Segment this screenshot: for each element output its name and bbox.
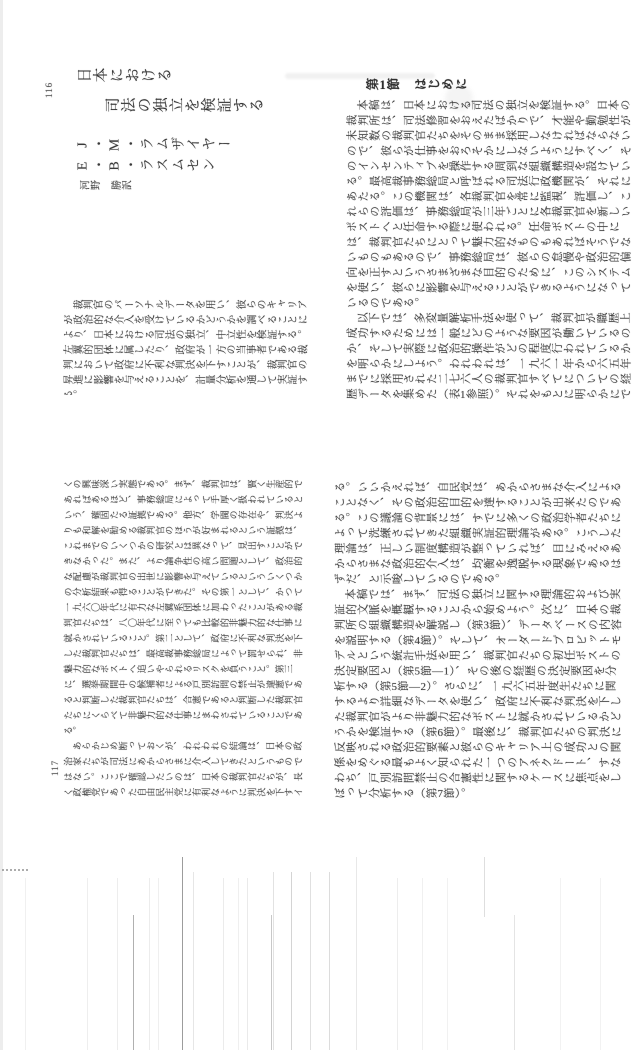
body-paragraph: あらかじめ断っておくが、われわれの結論は、日本の政治家たちが司法にあからさまに介…	[64, 739, 309, 801]
rule-line	[149, 878, 150, 1050]
rule-line	[247, 878, 248, 1050]
rule-line	[291, 872, 292, 1050]
rule-line	[158, 878, 159, 1050]
rule-line	[560, 878, 561, 1050]
author-block: J・M・ラムザイヤー E・B・ラスムセン 河野 勝訳	[76, 132, 236, 199]
rule-line	[223, 878, 224, 1050]
rule-line	[310, 872, 311, 1050]
page-117-lower-body: る。いいかえれば、自民党は、あからさまな介入によることなく、その政治的目的を達す…	[334, 479, 626, 811]
page-116-body: 第1節 はじめに 本稿は、日本における司法の独立を検証する。日本の裁判所は、司法…	[346, 74, 637, 399]
article-title: 日本における 司法の独立を検証する	[71, 56, 296, 130]
author-name-1: J・M・ラムザイヤー	[76, 135, 236, 156]
page-number-117: 117	[50, 752, 64, 776]
rule-line	[133, 915, 134, 1050]
scan-left-edge-shadow	[0, 0, 3, 1050]
rule-line	[484, 857, 485, 917]
scanned-book-spread: 116 日本における 司法の独立を検証する J・M・ラムザイヤー E・B・ラスム…	[0, 0, 638, 1050]
page-number-116: 116	[44, 74, 58, 98]
body-paragraph: る。いいかえれば、自民党は、あからさまな介入によることなく、その政治的目的を達す…	[334, 481, 626, 588]
rule-line	[329, 872, 330, 1050]
body-paragraph: くの興味深い実態である。まず、裁判官は、賢く生産的であればあるほど、事務総局によ…	[64, 478, 309, 740]
rule-line	[600, 878, 601, 1050]
rule-line	[271, 915, 272, 1050]
rule-line	[117, 878, 118, 1050]
rule-line	[25, 878, 26, 1050]
rule-line	[356, 857, 357, 1050]
rule-line	[193, 872, 194, 1050]
translator-name: 河野 勝訳	[80, 177, 236, 198]
abstract-block: 裁判官のパーソナルデータを用い、彼らのキャリアが政治的な介入を受けているかどうか…	[63, 297, 315, 395]
body-paragraph: 以下では、多変量解析手法を使って、裁判官が職歴上成功するためには一般にどのような…	[346, 312, 637, 399]
section-heading: 第1節 はじめに	[366, 77, 637, 93]
scan-artifact-dots	[2, 869, 28, 871]
article-title-line-1: 日本における	[77, 62, 296, 92]
abstract-text: 裁判官のパーソナルデータを用い、彼らのキャリアが政治的な介入を受けているかどうか…	[63, 299, 315, 395]
rule-line	[397, 878, 398, 1050]
article-title-line-2: 司法の独立を検証する	[105, 92, 296, 122]
rule-line	[238, 878, 239, 1050]
rule-line	[273, 872, 274, 1050]
rule-line	[447, 878, 448, 1050]
page-117-upper-body: くの興味深い実態である。まず、裁判官は、賢く生産的であればあるほど、事務総局によ…	[64, 478, 309, 802]
body-paragraph: 本稿は、日本における司法の独立を検証する。日本の裁判所は、司法修習をおえたばかり…	[346, 99, 637, 312]
rule-line	[87, 878, 88, 1050]
body-paragraph: 本稿では、まず、司法の独立に関する理論的および実証的文脈を概観することから始めよ…	[334, 588, 626, 802]
author-name-2: E・B・ラスムセン	[76, 156, 236, 177]
rule-line	[182, 857, 183, 1050]
rule-line	[514, 915, 515, 1050]
rule-line	[422, 878, 423, 1050]
